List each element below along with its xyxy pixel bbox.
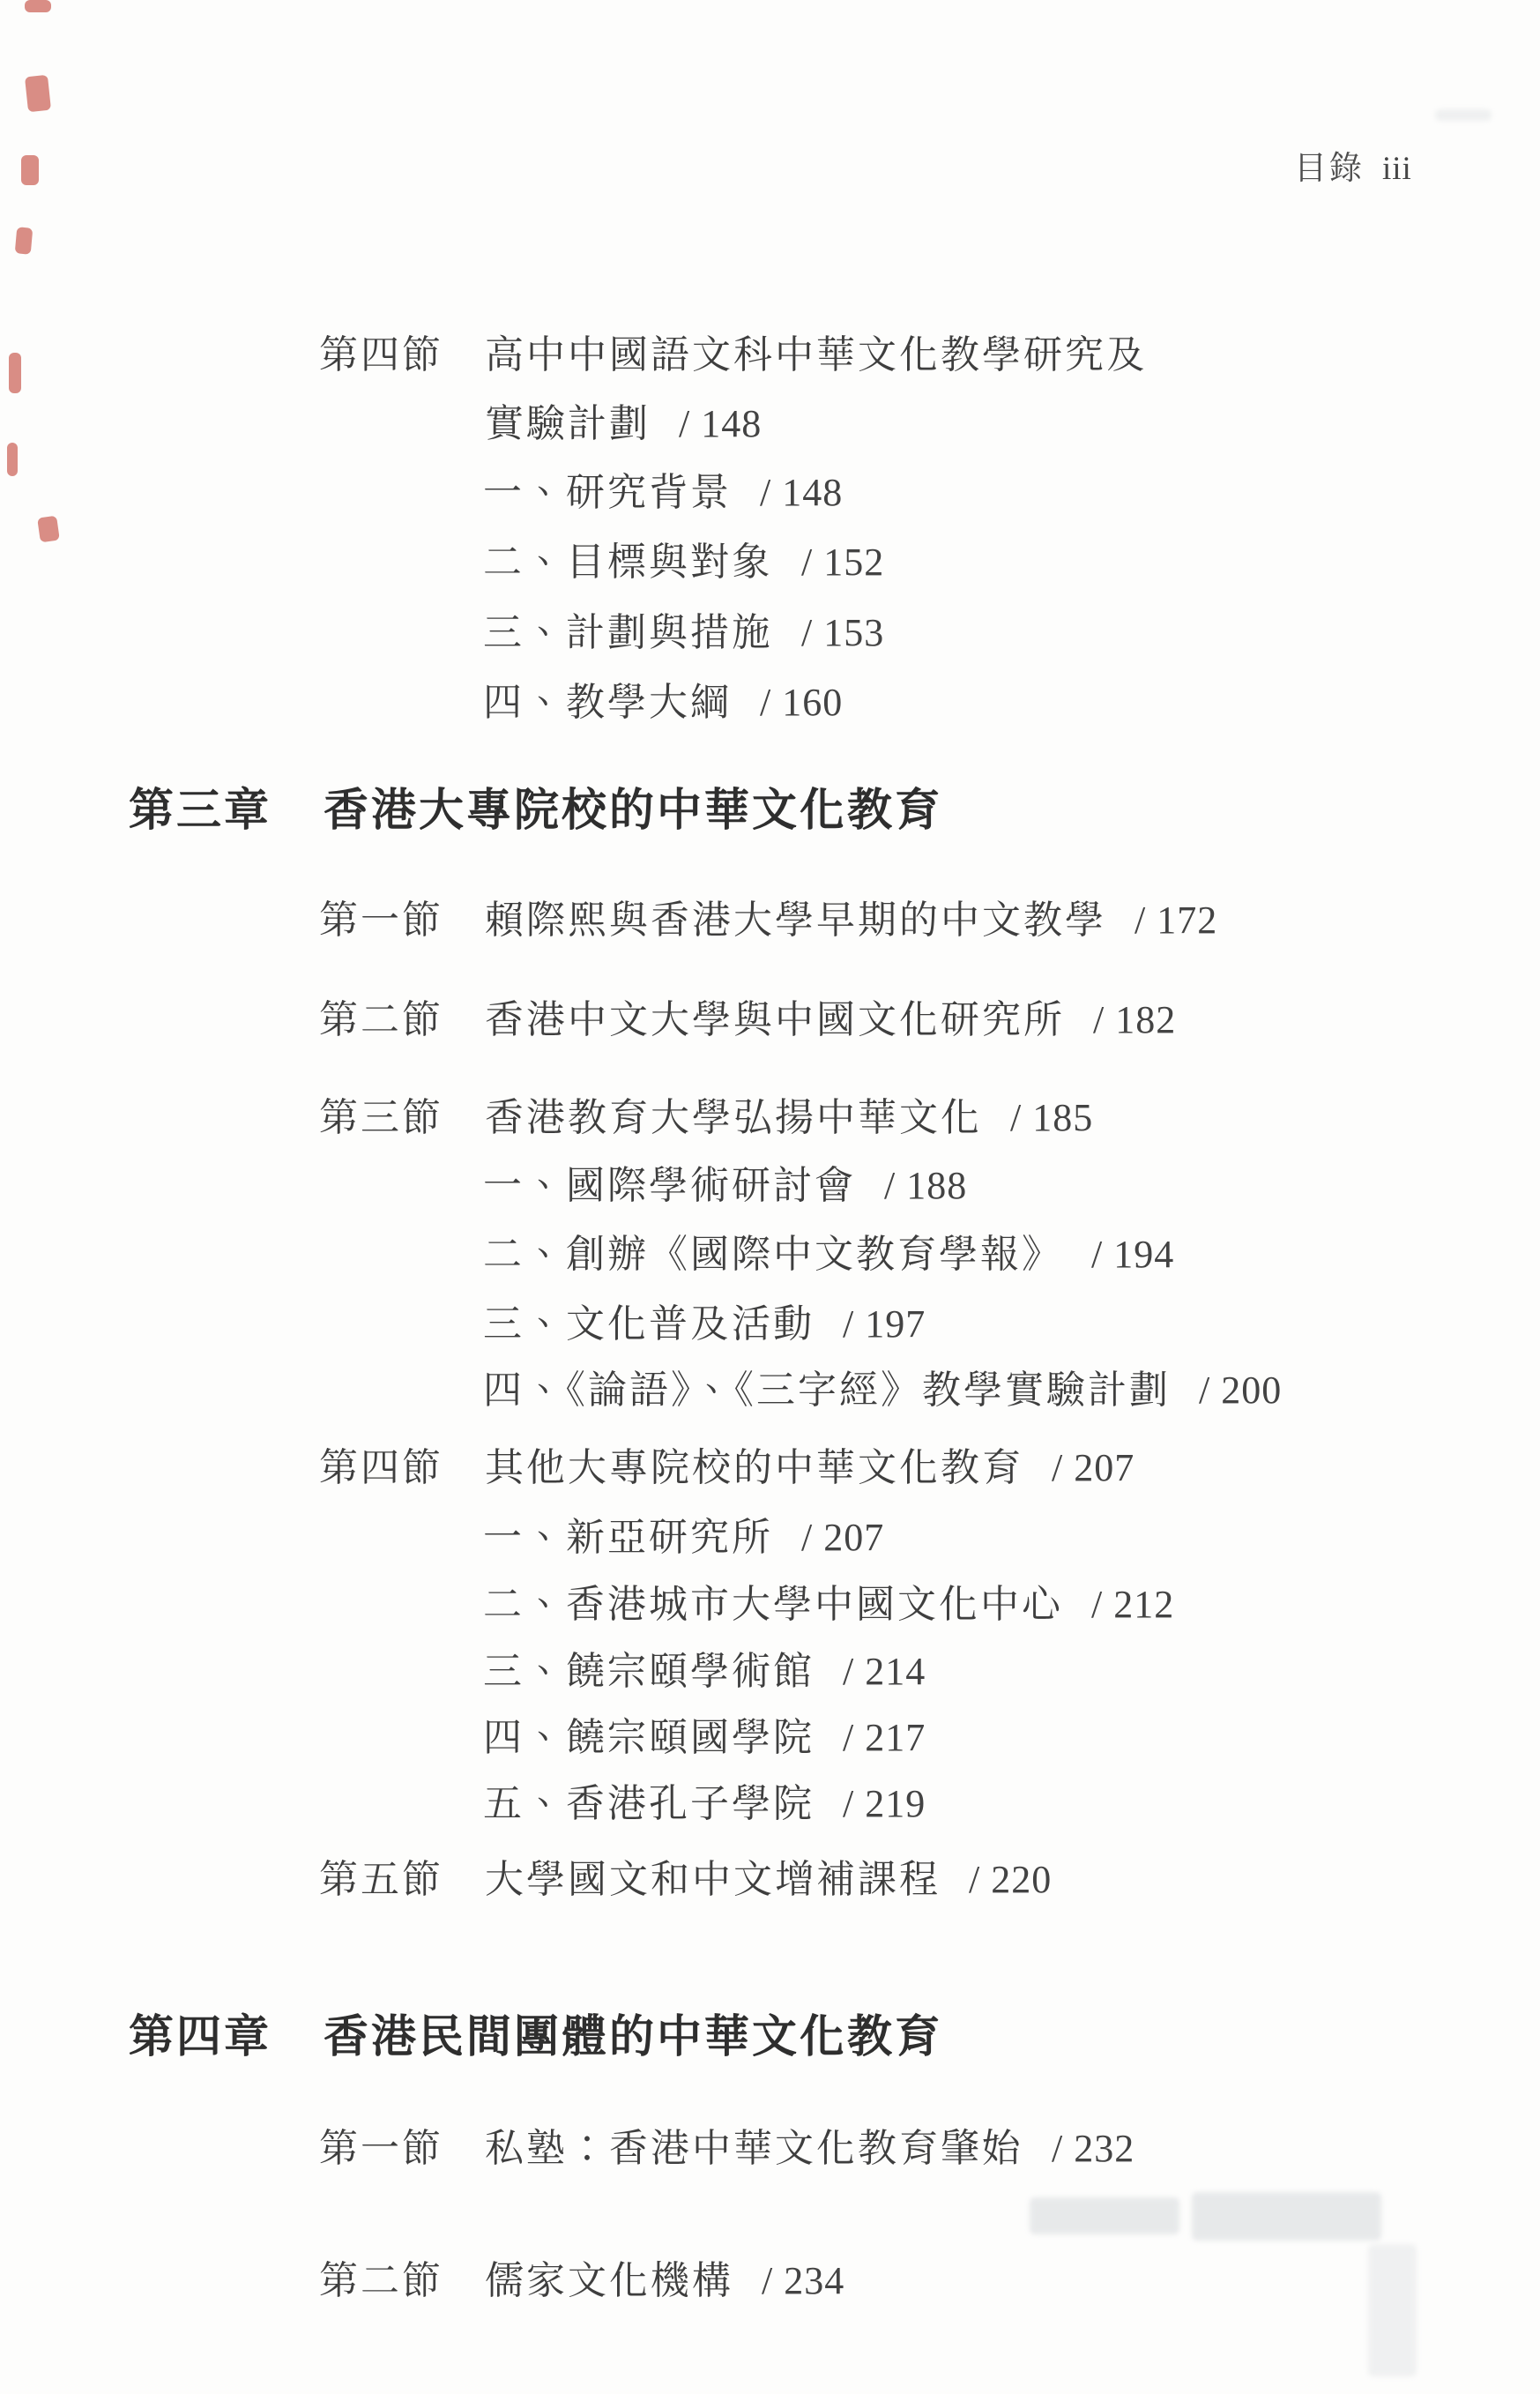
page-number: / 148 xyxy=(760,471,843,514)
page-number: / 188 xyxy=(884,1164,967,1207)
section-label: 第二節 xyxy=(319,2259,485,2302)
toc-entry-subitem: 三、文化普及活動/ 197 xyxy=(483,1302,926,1346)
subitem-title: 四、教學大綱 xyxy=(483,681,732,724)
page-number: / 217 xyxy=(843,1716,926,1759)
section-title: 其他大專院校的中華文化教育 xyxy=(485,1446,1023,1489)
toc-entry-section: 第四節其他大專院校的中華文化教育/ 207 xyxy=(319,1446,1135,1489)
page-number: / 234 xyxy=(762,2259,844,2302)
subitem-title: 二、目標與對象 xyxy=(483,541,773,584)
page-number: / 148 xyxy=(679,402,762,445)
page-number: / 207 xyxy=(1052,1446,1135,1489)
toc-entry-subitem: 二、香港城市大學中國文化中心/ 212 xyxy=(483,1583,1174,1626)
toc-entry-subitem: 五、香港孔子學院/ 219 xyxy=(483,1782,926,1825)
chapter-label: 第四章 xyxy=(129,2011,324,2062)
chapter-label: 第三章 xyxy=(129,785,324,835)
toc-entry-section: 第一節賴際熙與香港大學早期的中文教學/ 172 xyxy=(319,899,1217,942)
toc-entry-section: 第五節大學國文和中文增補課程/ 220 xyxy=(319,1858,1052,1901)
toc-entry-section: 第二節儒家文化機構/ 234 xyxy=(319,2259,844,2302)
page-number: / 220 xyxy=(969,1858,1052,1901)
toc-entry-section: 第一節私塾：香港中華文化教育肇始/ 232 xyxy=(319,2127,1135,2170)
subitem-title: 三、計劃與措施 xyxy=(483,611,773,654)
toc-entry-section: 第二節香港中文大學與中國文化研究所/ 182 xyxy=(319,998,1176,1041)
subitem-title: 一、國際學術研討會 xyxy=(483,1164,856,1207)
page-number: / 152 xyxy=(801,541,884,584)
scan-ghost-mark xyxy=(1368,2244,1417,2376)
section-title: 私塾：香港中華文化教育肇始 xyxy=(485,2127,1023,2170)
subitem-title: 一、研究背景 xyxy=(483,471,732,514)
toc-entry-section: 第三節香港教育大學弘揚中華文化/ 185 xyxy=(319,1096,1093,1139)
section-title: 香港中文大學與中國文化研究所 xyxy=(485,998,1065,1041)
page-number: / 197 xyxy=(843,1302,926,1346)
page-number: / 185 xyxy=(1010,1096,1093,1139)
toc-entry-subitem: 四、饒宗頤國學院/ 217 xyxy=(483,1716,926,1759)
toc-entry-subitem: 一、國際學術研討會/ 188 xyxy=(483,1164,967,1207)
section-label: 第四節 xyxy=(319,333,485,377)
subitem-title: 二、創辦《國際中文教育學報》 xyxy=(483,1233,1063,1276)
page-number: / 200 xyxy=(1199,1369,1282,1412)
toc-entry-subitem: 四、《論語》、《三字經》教學實驗計劃/ 200 xyxy=(483,1369,1282,1412)
toc-entry-subitem: 一、研究背景/ 148 xyxy=(483,471,843,514)
toc-entry-subitem: 二、目標與對象/ 152 xyxy=(483,541,884,584)
section-title: 高中中國語文科中華文化教學研究及 xyxy=(485,333,1148,377)
section-label: 第一節 xyxy=(319,899,485,942)
section-label: 第二節 xyxy=(319,998,485,1041)
toc-entry-continuation: 實驗計劃/ 148 xyxy=(485,402,762,445)
scan-red-mark xyxy=(9,353,21,393)
page-number: / 207 xyxy=(801,1516,884,1559)
toc-entry-subitem: 三、計劃與措施/ 153 xyxy=(483,611,884,654)
subitem-title: 二、香港城市大學中國文化中心 xyxy=(483,1583,1063,1626)
toc-entry-subitem: 二、創辦《國際中文教育學報》/ 194 xyxy=(483,1233,1174,1276)
section-title: 大學國文和中文增補課程 xyxy=(485,1858,941,1901)
section-title: 賴際熙與香港大學早期的中文教學 xyxy=(485,899,1106,942)
section-label: 第一節 xyxy=(319,2127,485,2170)
page-number: / 214 xyxy=(843,1650,926,1693)
scan-red-mark xyxy=(7,443,18,476)
chapter-title: 香港民間團體的中華文化教育 xyxy=(324,2011,942,2062)
toc-entry-subitem: 三、饒宗頤學術館/ 214 xyxy=(483,1650,926,1693)
toc-entry-chapter: 第四章香港民間團體的中華文化教育 xyxy=(129,2011,942,2062)
toc-entry-section: 第四節高中中國語文科中華文化教學研究及 xyxy=(319,333,1148,377)
scan-red-mark xyxy=(25,0,51,12)
scan-ghost-mark xyxy=(1435,109,1492,121)
scan-ghost-mark xyxy=(1030,2197,1179,2234)
toc-entry-subitem: 四、教學大綱/ 160 xyxy=(483,681,843,724)
header-page-number: iii xyxy=(1382,151,1412,187)
section-label: 第四節 xyxy=(319,1446,485,1489)
subitem-title: 五、香港孔子學院 xyxy=(483,1782,815,1825)
subitem-title: 四、饒宗頤國學院 xyxy=(483,1716,815,1759)
page-header: 目錄iii xyxy=(1294,141,1412,189)
section-label: 第五節 xyxy=(319,1858,485,1901)
scan-ghost-mark xyxy=(1192,2192,1381,2241)
section-title: 香港教育大學弘揚中華文化 xyxy=(485,1096,982,1139)
section-title-line2: 實驗計劃 xyxy=(485,402,651,445)
header-title: 目錄 xyxy=(1294,151,1365,187)
subitem-title: 四、《論語》、《三字經》教學實驗計劃 xyxy=(483,1369,1171,1412)
toc-entry-chapter: 第三章香港大專院校的中華文化教育 xyxy=(129,785,942,835)
scan-red-mark xyxy=(25,75,51,112)
page-number: / 219 xyxy=(843,1782,926,1825)
chapter-title: 香港大專院校的中華文化教育 xyxy=(324,785,942,835)
page-number: / 194 xyxy=(1091,1233,1174,1276)
page-number: / 160 xyxy=(760,681,843,724)
scan-red-mark xyxy=(21,155,39,185)
page-number: / 153 xyxy=(801,611,884,654)
section-title: 儒家文化機構 xyxy=(485,2259,733,2302)
toc-entry-subitem: 一、新亞研究所/ 207 xyxy=(483,1516,884,1559)
subitem-title: 三、饒宗頤學術館 xyxy=(483,1650,815,1693)
subitem-title: 三、文化普及活動 xyxy=(483,1302,815,1346)
page-number: / 172 xyxy=(1135,899,1217,942)
scan-red-mark xyxy=(15,227,33,254)
page-number: / 182 xyxy=(1093,998,1176,1041)
section-label: 第三節 xyxy=(319,1096,485,1139)
subitem-title: 一、新亞研究所 xyxy=(483,1516,773,1559)
toc-page: 目錄iii 第四節高中中國語文科中華文化教學研究及 實驗計劃/ 148 一、研究… xyxy=(0,0,1540,2394)
page-number: / 232 xyxy=(1052,2127,1135,2170)
page-number: / 212 xyxy=(1091,1583,1174,1626)
scan-red-mark xyxy=(37,516,60,543)
